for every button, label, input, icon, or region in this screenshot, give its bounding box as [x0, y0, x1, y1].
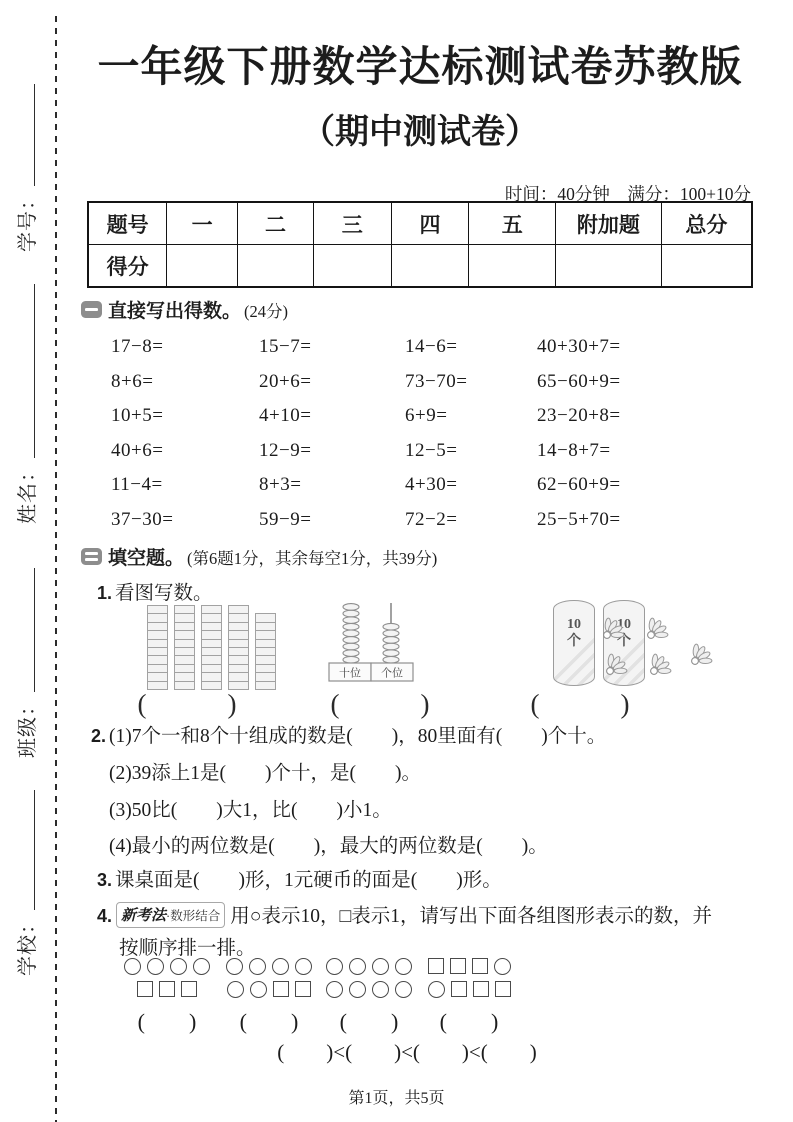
abacus-bead: [383, 656, 399, 663]
student-number-field: 学号：: [8, 84, 38, 252]
question-4-line-1: 4.新考法·数形结合用○表示10，□表示1，请写出下面各组图形表示的数，并: [97, 900, 712, 928]
circle-shape: [326, 958, 343, 975]
problem-expression: 14−6=: [405, 330, 537, 365]
problem-expression: 59−9=: [259, 503, 405, 538]
test-paper-page: 学号： 姓名： 班级： 学校： 一年级下册数学达标测试卷苏教版 （期中测试卷） …: [0, 0, 793, 1122]
score-table-header-cell: 四: [391, 202, 469, 245]
question-4-number: 4.: [97, 906, 112, 926]
group-answer-blank: ( ): [240, 1005, 299, 1036]
circle-shape: [147, 958, 164, 975]
circle-shape: [395, 981, 412, 998]
school-label: 学校：: [18, 913, 38, 976]
abacus-place-label: 十位: [339, 666, 361, 680]
question-1-text: 看图写数。: [115, 583, 213, 604]
block-unit: [255, 681, 276, 690]
problem-expression: 4+10=: [259, 399, 405, 434]
question-4-line-2: 按顺序排一排。: [119, 932, 256, 960]
question-3-number: 3.: [97, 870, 112, 890]
abacus-figure: 十位个位: [313, 601, 433, 690]
score-table-header-cell: 题号: [88, 202, 167, 245]
question-3-text: 课桌面是( )形，1元硬币的面是( )形。: [115, 870, 502, 891]
circle-shape: [124, 958, 141, 975]
problem-expression: 12−9=: [259, 434, 405, 469]
arithmetic-problems: 17−8=15−7=14−6=40+30+7=8+6=20+6=73−70=65…: [111, 330, 741, 537]
icon-bar: [85, 552, 98, 555]
abacus-bead: [343, 650, 359, 657]
section-1-points: (24分): [244, 298, 288, 322]
square-shape: [181, 981, 197, 997]
circle-shape: [227, 981, 244, 998]
question-4-text-1: 用○表示10，□表示1，请写出下面各组图形表示的数，并: [230, 906, 712, 927]
group-answer-blank: ( ): [440, 1005, 499, 1036]
problem-expression: 65−60+9=: [537, 365, 741, 400]
abacus-bead: [343, 637, 359, 644]
block-rod: [255, 614, 276, 690]
question-2-line-4: (4)最小的两位数是( )，最大的两位数是( )。: [109, 830, 548, 858]
circle-shape: [250, 981, 267, 998]
square-shape: [273, 981, 289, 997]
shape-group-1: ( ): [113, 957, 221, 1036]
circle-shape: [326, 981, 343, 998]
class-field: 班级：: [8, 568, 38, 758]
question-1: 1.看图写数。: [97, 577, 213, 605]
problem-expression: 40+30+7=: [537, 330, 741, 365]
circle-shape: [226, 958, 243, 975]
problem-expression: 12−5=: [405, 434, 537, 469]
answer-blank-blocks: ( ): [138, 682, 237, 721]
problem-expression: 37−30=: [111, 503, 259, 538]
circle-shape: [372, 981, 389, 998]
abacus-bead: [343, 610, 359, 617]
score-cell-empty: [469, 245, 556, 288]
problem-expression: 17−8=: [111, 330, 259, 365]
square-shape: [159, 981, 175, 997]
square-shape: [472, 958, 488, 974]
score-table-header-cell: 附加题: [556, 202, 662, 245]
score-table-header-cell: 五: [469, 202, 556, 245]
question-2-line-1-text: (1)7个一和8个十组成的数是( )，80里面有( )个十。: [109, 726, 606, 747]
shape-row: [428, 957, 511, 975]
shape-group-2: ( ): [215, 957, 323, 1036]
section-one-icon: [81, 301, 102, 318]
student-name-blank-line: [34, 284, 35, 458]
shape-row: [326, 957, 412, 975]
score-table-header-row: 题号一二三四五附加题总分: [88, 202, 752, 245]
block-rod: [228, 606, 249, 690]
problem-expression: 72−2=: [405, 503, 537, 538]
section-1-title: 直接写出得数。: [108, 296, 241, 323]
question-2-line-1: 2.(1)7个一和8个十组成的数是( )，80里面有( )个十。: [91, 720, 606, 748]
group-answer-blank: ( ): [138, 1005, 197, 1036]
problem-expression: 8+3=: [259, 468, 405, 503]
abacus-place-label: 个位: [381, 667, 403, 680]
student-name-field: 姓名：: [8, 284, 38, 524]
problem-expression: 4+30=: [405, 468, 537, 503]
problem-expression: 23−20+8=: [537, 399, 741, 434]
circle-shape: [372, 958, 389, 975]
tube-label-count: 10: [554, 617, 594, 634]
new-method-badge: 新考法·数形结合: [116, 902, 225, 928]
shape-row: [326, 980, 412, 998]
abacus-bead: [343, 630, 359, 637]
question-3: 3.课桌面是( )形，1元硬币的面是( )形。: [97, 864, 502, 892]
problem-expression: 15−7=: [259, 330, 405, 365]
square-shape: [428, 958, 444, 974]
tube-label-unit: 个: [554, 634, 594, 651]
section-2-title: 填空题。: [108, 543, 184, 570]
group-answer-blank: ( ): [340, 1005, 399, 1036]
problem-expression: 73−70=: [405, 365, 537, 400]
abacus-bead: [383, 637, 399, 644]
paper-title: 一年级下册数学达标测试卷苏教版: [87, 34, 753, 94]
square-shape: [137, 981, 153, 997]
section-two-icon: [81, 548, 102, 565]
square-shape: [495, 981, 511, 997]
ordering-blanks: ( )<( )<( )<( ): [87, 1036, 727, 1066]
problem-expression: 14−8+7=: [537, 434, 741, 469]
score-cell-empty: [238, 245, 314, 288]
icon-bar: [85, 558, 98, 561]
circle-shape: [349, 958, 366, 975]
shuttlecock-icon: [687, 640, 715, 668]
page-footer: 第1页，共5页: [0, 1085, 793, 1108]
square-shape: [451, 981, 467, 997]
score-cell-empty: [167, 245, 238, 288]
block-rod: [201, 606, 222, 690]
section-2-header: 填空题。 (第6题1分，其余每空1分，共39分): [81, 543, 437, 570]
shape-row: [227, 980, 311, 998]
class-label: 班级：: [18, 695, 38, 758]
section-1-header: 直接写出得数。 (24分): [81, 296, 288, 323]
block-rod: [174, 606, 195, 690]
shuttlecock-icon: [643, 614, 671, 642]
student-name-label: 姓名：: [18, 461, 38, 524]
abacus-bead: [343, 623, 359, 630]
square-shape: [473, 981, 489, 997]
student-number-label: 学号：: [18, 189, 38, 252]
score-row-label: 得分: [88, 245, 167, 288]
paper-subtitle: （期中测试卷）: [87, 104, 753, 153]
problem-expression: 10+5=: [111, 399, 259, 434]
shape-row: [428, 980, 511, 998]
square-shape: [450, 958, 466, 974]
score-table-header-cell: 二: [238, 202, 314, 245]
abacus-bead: [383, 643, 399, 650]
section-2-points: (第6题1分，其余每空1分，共39分): [187, 545, 437, 569]
question-2-line-3: (3)50比( )大1，比( )小1。: [109, 794, 392, 822]
score-table: 题号一二三四五附加题总分得分: [87, 201, 753, 288]
abacus-bead: [343, 617, 359, 624]
answer-blank-shuttlecocks: ( ): [531, 682, 630, 721]
answer-blank-abacus: ( ): [331, 682, 430, 721]
circle-shape: [428, 981, 445, 998]
problem-expression: 11−4=: [111, 468, 259, 503]
circle-shape: [249, 958, 266, 975]
abacus-bead: [343, 604, 359, 611]
problem-expression: 8+6=: [111, 365, 259, 400]
shape-row: [137, 980, 197, 998]
circle-shape: [170, 958, 187, 975]
circle-shape: [193, 958, 210, 975]
problem-expression: 20+6=: [259, 365, 405, 400]
circle-shape: [272, 958, 289, 975]
score-cell-empty: [661, 245, 752, 288]
cut-dashed-line: [55, 16, 57, 1122]
square-shape: [295, 981, 311, 997]
problem-expression: 40+6=: [111, 434, 259, 469]
problem-expression: 62−60+9=: [537, 468, 741, 503]
score-cell-empty: [391, 245, 469, 288]
class-blank-line: [34, 568, 35, 692]
shuttlecock-icon: [599, 614, 627, 642]
shape-group-3: ( ): [315, 957, 423, 1036]
score-table-header-cell: 一: [167, 202, 238, 245]
school-blank-line: [34, 790, 35, 910]
abacus-bead: [383, 630, 399, 637]
score-table-header-cell: 三: [313, 202, 391, 245]
score-cell-empty: [556, 245, 662, 288]
paper-content: 一年级下册数学达标测试卷苏教版 （期中测试卷） 时间：40分钟 满分：100+1…: [87, 0, 753, 1122]
abacus-svg: 十位个位: [313, 601, 433, 685]
abacus-bead: [383, 650, 399, 657]
shape-row: [226, 957, 312, 975]
question-2-line-2: (2)39添上1是( )个十，是( )。: [109, 757, 421, 785]
score-cell-empty: [313, 245, 391, 288]
school-field: 学校：: [8, 790, 38, 976]
score-table-score-row: 得分: [88, 245, 752, 288]
circle-shape: [494, 958, 511, 975]
question-2-number: 2.: [91, 726, 106, 746]
circle-shape: [295, 958, 312, 975]
base-ten-blocks-figure: [147, 606, 276, 690]
score-table-header-cell: 总分: [661, 202, 752, 245]
circle-shape: [395, 958, 412, 975]
question-1-number: 1.: [97, 583, 112, 603]
abacus-bead: [343, 656, 359, 663]
shuttlecock-icon: [602, 650, 630, 678]
shuttlecock-icon: [646, 650, 674, 678]
shape-row: [124, 957, 210, 975]
abacus-bead: [383, 623, 399, 630]
block-rod: [147, 606, 168, 690]
shape-group-4: ( ): [415, 957, 523, 1036]
shuttlecock-tube-1: 10 个: [553, 600, 595, 686]
problem-expression: 25−5+70=: [537, 503, 741, 538]
icon-bar: [85, 308, 98, 311]
abacus-bead: [343, 643, 359, 650]
student-number-blank-line: [34, 84, 35, 186]
problem-expression: 6+9=: [405, 399, 537, 434]
circle-shape: [349, 981, 366, 998]
